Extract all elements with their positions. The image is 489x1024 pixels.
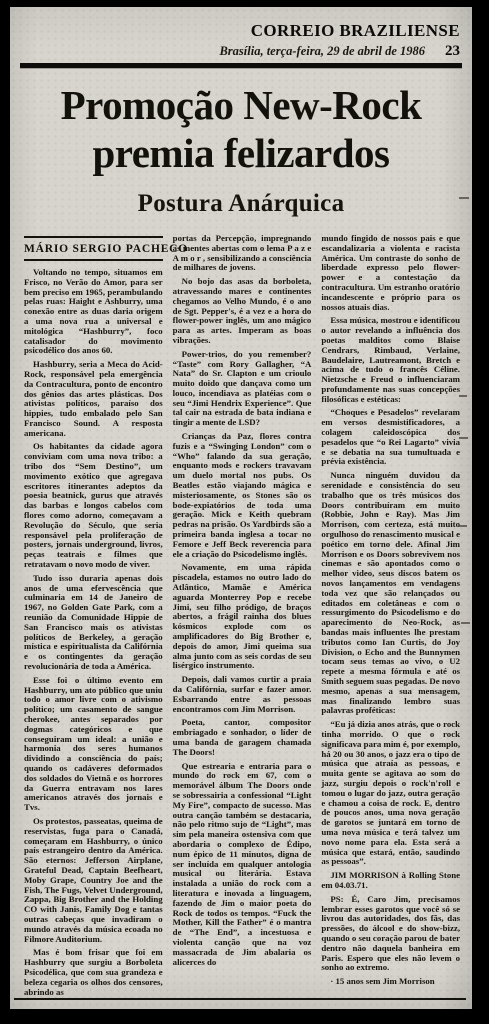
article-column-1: MÁRIO SERGIO PACHECO Voltando no tempo, …	[24, 234, 163, 1001]
paragraph: Crianças da Paz, flores contra fuzis e a…	[173, 432, 312, 559]
page-number: 23	[445, 43, 460, 59]
paragraph: Hashburry, seria a Meca do Acid-Rock, re…	[24, 360, 163, 438]
paragraph: PS: É, Caro Jim, precisamos lembrar esse…	[321, 895, 460, 973]
paragraph: mundo fingido de nossos pais e que escan…	[321, 234, 460, 312]
paragraph: Nunca ninguém duvidou da serenidade e co…	[321, 471, 460, 716]
byline: MÁRIO SERGIO PACHECO	[24, 236, 163, 261]
scan-artifact	[459, 437, 468, 439]
paragraph: JIM MORRISON à Rolling Stone em 04.03.71…	[321, 871, 460, 891]
paragraph: Tudo isso duraria apenas dois anos de um…	[24, 574, 163, 672]
header-rule	[20, 63, 462, 68]
article-body: MÁRIO SERGIO PACHECO Voltando no tempo, …	[24, 234, 460, 1001]
scan-artifact	[459, 395, 467, 397]
headline-line-2: premia felizardos	[92, 130, 389, 176]
paragraph: Depois, dali vamos curtir a praia da Cal…	[173, 675, 312, 714]
article-column-3: mundo fingido de nossos pais e que escan…	[321, 234, 460, 1001]
paragraph: Poeta, cantor, compositor embriagado e s…	[173, 718, 312, 757]
paragraph: Mas é bom frisar que foi em Hashburry qu…	[24, 948, 163, 997]
paragraph: Os protestos, passeatas, queima de reser…	[24, 817, 163, 944]
article-column-2: portas da Percepção, impregnando as ment…	[173, 234, 312, 1001]
subtitle: Postura Anárquica	[10, 190, 472, 218]
byline-text: MÁRIO SERGIO PACHECO	[24, 243, 188, 255]
paragraph: portas da Percepção, impregnando as ment…	[173, 234, 312, 273]
dateline-row: Brasília, terça-feira, 29 de abril de 19…	[22, 42, 460, 60]
dateline: Brasília, terça-feira, 29 de abril de 19…	[219, 44, 425, 58]
headline: Promoção New-Rockpremia felizardos	[16, 82, 466, 178]
page-header: CORREIO BRAZILIENSE Brasília, terça-feir…	[10, 7, 472, 60]
bottom-rule	[14, 998, 466, 1000]
newspaper-page: CORREIO BRAZILIENSE Brasília, terça-feir…	[10, 7, 472, 1009]
headline-line-1: Promoção New-Rock	[61, 82, 422, 128]
paragraph: Os habitantes da cidade agora conviviam …	[24, 442, 163, 569]
paragraph: Novamente, em uma rápida piscadela, esta…	[173, 563, 312, 671]
paragraph: Power-trios, do you remember? “Taste” co…	[173, 350, 312, 428]
scan-artifact	[459, 197, 469, 199]
newspaper-masthead: CORREIO BRAZILIENSE	[22, 21, 460, 41]
paragraph: Esse foi o último evento em Hashburry, u…	[24, 676, 163, 813]
paragraph: Voltando no tempo, situamos em Frisco, n…	[24, 268, 163, 356]
paragraph: “Eu já dizia anos atrás, que o rock tinh…	[321, 720, 460, 867]
scan-artifact	[461, 622, 470, 624]
paragraph: · 15 anos sem Jim Morrison	[321, 977, 460, 987]
paragraph: Essa música, mostrou e identificou o aut…	[321, 316, 460, 404]
paragraph: No bojo das asas da borboleta, atravessa…	[173, 277, 312, 346]
paragraph: Que estrearia e entraria para o mundo do…	[173, 762, 312, 968]
scan-artifact	[459, 525, 467, 527]
paragraph: “Choques e Pesadelos” revelaram em verso…	[321, 408, 460, 467]
